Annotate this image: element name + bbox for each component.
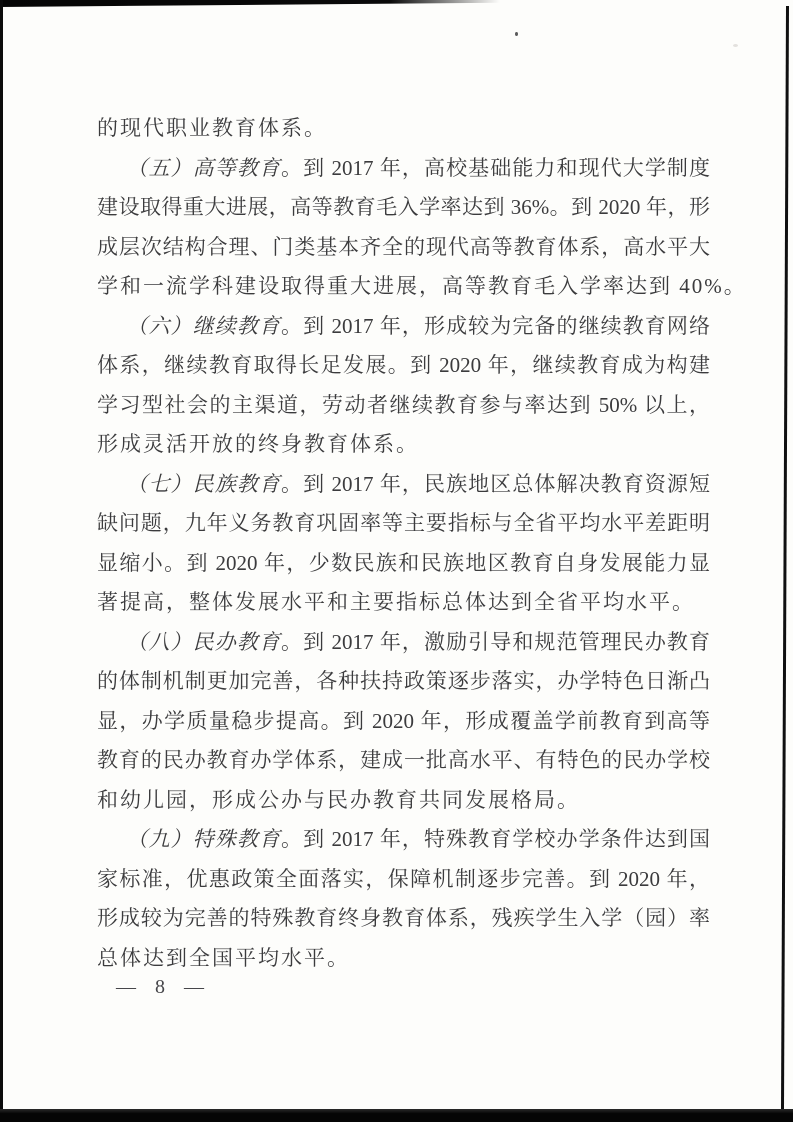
text-line: （六）继续教育。到 2017 年，形成较为完备的继续教育网络: [97, 307, 710, 347]
body-text: 的体制机制更加完善，各种扶持政策逐步落实，办学特色日渐凸: [97, 669, 710, 693]
body-text: 显缩小。到 2020 年，少数民族和民族地区教育自身发展能力显: [97, 551, 710, 575]
section-heading: （七）民族教育: [126, 472, 281, 496]
text-line: （八）民办教育。到 2017 年，激励引导和规范管理民办教育: [97, 623, 710, 663]
body-text: 。到 2017 年，激励引导和规范管理民办教育: [281, 630, 710, 654]
body-text: 形成较为完善的特殊教育终身教育体系，残疾学生入学（园）率: [97, 906, 710, 930]
body-text: 和幼儿园，形成公办与民办教育共同发展格局。: [97, 788, 580, 812]
body-text: 教育的民办教育办学体系，建成一批高水平、有特色的民办学校: [97, 748, 710, 772]
text-line: 的体制机制更加完善，各种扶持政策逐步落实，办学特色日渐凸: [97, 662, 710, 702]
scan-artifact-speck: [733, 44, 738, 47]
body-text: 显，办学质量稳步提高。到 2020 年，形成覆盖学前教育到高等: [97, 709, 710, 733]
body-text: 。到 2017 年，形成较为完备的继续教育网络: [281, 314, 710, 338]
scan-artifact-top-bar: [0, 0, 500, 7]
scan-artifact-speck: [515, 32, 518, 36]
text-block: 的现代职业教育体系。（五）高等教育。到 2017 年，高校基础能力和现代大学制度…: [97, 109, 710, 978]
text-line: 建设取得重大进展，高等教育毛入学率达到 36%。到 2020 年，形: [97, 188, 710, 228]
text-line: 体系，继续教育取得长足发展。到 2020 年，继续教育成为构建: [97, 346, 710, 386]
section-heading: （五）高等教育: [126, 156, 281, 180]
document-page: { "page": { "number_label": "— 8 —", "pa…: [0, 0, 793, 1122]
body-text: 成层次结构合理、门类基本齐全的现代高等教育体系，高水平大: [97, 235, 710, 259]
text-line: 成层次结构合理、门类基本齐全的现代高等教育体系，高水平大: [97, 228, 710, 268]
body-text: 总体达到全国平均水平。: [97, 946, 350, 970]
text-line: （九）特殊教育。到 2017 年，特殊教育学校办学条件达到国: [97, 820, 710, 860]
text-line: 缺问题，九年义务教育巩固率等主要指标与全省平均水平差距明: [97, 504, 710, 544]
body-text: 形成灵活开放的终身教育体系。: [97, 432, 419, 456]
text-line: （七）民族教育。到 2017 年，民族地区总体解决教育资源短: [97, 465, 710, 505]
body-text: 体系，继续教育取得长足发展。到 2020 年，继续教育成为构建: [97, 353, 710, 377]
text-line: 形成较为完善的特殊教育终身教育体系，残疾学生入学（园）率: [97, 899, 710, 939]
text-line: 家标准，优惠政策全面落实，保障机制逐步完善。到 2020 年，: [97, 860, 710, 900]
text-line: 显缩小。到 2020 年，少数民族和民族地区教育自身发展能力显: [97, 544, 710, 584]
page-number: — 8 —: [116, 976, 211, 999]
body-text: 著提高，整体发展水平和主要指标总体达到全省平均水平。: [97, 590, 695, 614]
body-text: 。到 2017 年，民族地区总体解决教育资源短: [281, 472, 710, 496]
text-line: 教育的民办教育办学体系，建成一批高水平、有特色的民办学校: [97, 741, 710, 781]
body-text: 。到 2017 年，高校基础能力和现代大学制度: [281, 156, 710, 180]
section-heading: （六）继续教育: [126, 314, 281, 338]
text-line: 显，办学质量稳步提高。到 2020 年，形成覆盖学前教育到高等: [97, 702, 710, 742]
text-line: 学习型社会的主渠道，劳动者继续教育参与率达到 50% 以上，: [97, 386, 710, 426]
text-line: 形成灵活开放的终身教育体系。: [97, 425, 710, 465]
text-line: 的现代职业教育体系。: [97, 109, 710, 149]
body-text: 缺问题，九年义务教育巩固率等主要指标与全省平均水平差距明: [97, 511, 710, 535]
section-heading: （八）民办教育: [126, 630, 281, 654]
text-line: （五）高等教育。到 2017 年，高校基础能力和现代大学制度: [97, 149, 710, 189]
text-line: 总体达到全国平均水平。: [97, 939, 710, 979]
body-text: 学习型社会的主渠道，劳动者继续教育参与率达到 50% 以上，: [97, 393, 710, 417]
scan-artifact-right-line: [781, 6, 789, 1122]
scan-artifact-bottom-bar: [0, 1109, 793, 1122]
body-text: 家标准，优惠政策全面落实，保障机制逐步完善。到 2020 年，: [97, 867, 710, 891]
body-text: 。到 2017 年，特殊教育学校办学条件达到国: [281, 827, 710, 851]
body-text: 学和一流学科建设取得重大进展，高等教育毛入学率达到 40%。: [97, 274, 747, 298]
text-line: 学和一流学科建设取得重大进展，高等教育毛入学率达到 40%。: [97, 267, 710, 307]
body-text: 建设取得重大进展，高等教育毛入学率达到 36%。到 2020 年，形: [97, 195, 710, 219]
scan-artifact-left-strip: [0, 0, 3, 1122]
body-text: 的现代职业教育体系。: [97, 116, 327, 140]
section-heading: （九）特殊教育: [126, 827, 281, 851]
text-line: 著提高，整体发展水平和主要指标总体达到全省平均水平。: [97, 583, 710, 623]
text-line: 和幼儿园，形成公办与民办教育共同发展格局。: [97, 781, 710, 821]
